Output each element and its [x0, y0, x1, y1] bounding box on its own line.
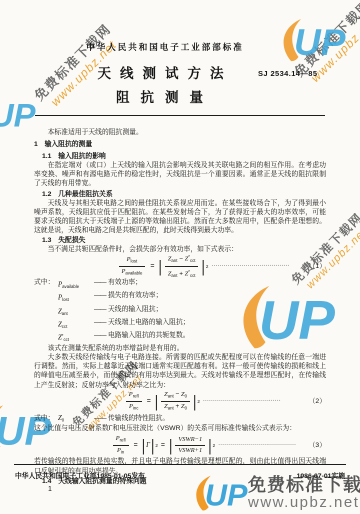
operator: +	[179, 270, 183, 277]
where-row: Z*cct —— 电路输入阻抗的共轭复数。	[34, 331, 326, 344]
subscript: 0	[62, 417, 64, 422]
scope-statement: 本标准适用于天线的阻抗测量。	[34, 128, 326, 137]
abs-bar: |	[155, 396, 158, 407]
symbol-description: 损失的有效功率；	[108, 291, 326, 304]
where-list-1: 式中： Pavailable —— 有效功率； Plost —— 损失的有效功率…	[34, 278, 326, 344]
section-1-heading: 1 输入阻抗的测量	[34, 140, 326, 149]
subscript: 0	[185, 406, 187, 411]
symbol-description: 天线的输入阻抗；	[108, 305, 326, 318]
vswr-paragraph: 这个比值与电压反射系数Γ和电压驻波比（VSWR）的关系可用标准传输线公式表示为：	[34, 424, 326, 433]
symbol-description: 天线端上电路的输入阻抗；	[108, 318, 326, 331]
fraction: VSWR−1 VSWR+1	[175, 436, 205, 454]
subscript: ant	[62, 311, 68, 316]
formula-2: Prefl Pinc = | Zant − Z0 Zant + Z0 |2 ··…	[34, 392, 326, 412]
fraction: Zant − Z0 Zant + Z0	[161, 391, 190, 412]
subscript: 0	[185, 394, 187, 399]
fraction: Zant − Z*cct Zant + Z*cct	[165, 253, 199, 279]
section-1-3-heading: 1.3 失配损失	[42, 236, 326, 245]
exponent: 2	[155, 441, 158, 450]
standard-authority: 中华人民共和国电子工业部部标准	[0, 41, 330, 53]
fraction: Prefl Pin	[113, 435, 129, 456]
exponent: 2	[206, 262, 209, 271]
section-1-1-paragraph: 在指定端对（或口）上天线的输入阻抗会影响天线及其关联电路之间的相互作用。在考虑功…	[34, 161, 326, 188]
subscript: inc	[133, 406, 139, 411]
footer-rule	[14, 464, 346, 465]
dash: ——	[94, 331, 108, 344]
scanned-standard-document: UP 免费标准下载网 www.upbz.net 免费标准下载网 www.upbz…	[0, 0, 360, 514]
equals-sign: =	[147, 397, 151, 406]
subscript: cct	[190, 258, 196, 263]
document-body: 本标准适用于天线的阻抗测量。 1 输入阻抗的测量 1.1 输入阻抗的影响 在指定…	[34, 128, 326, 486]
where-label	[34, 331, 58, 344]
formula-2-expression: Prefl Pinc = | Zant − Z0 Zant + Z0 |2	[124, 391, 200, 412]
abs-bar: |	[158, 261, 161, 272]
subscript: ant	[168, 406, 174, 411]
subscript: ant	[168, 394, 174, 399]
where-row: Zcct —— 天线端上电路的输入阻抗；	[34, 318, 326, 331]
exponent: 2	[213, 441, 216, 450]
subscript: in	[121, 450, 124, 455]
subscript: ant	[171, 273, 177, 278]
equation-number: （3）	[309, 441, 326, 450]
formula-3-expression: Prefl Pin = | Γ |2 = | VSWR−1 VSWR+1 |2	[111, 435, 215, 456]
standard-number: SJ 2534.14—85	[258, 69, 317, 78]
subscript: available	[62, 284, 79, 289]
dot-leader: ·······································	[203, 397, 308, 406]
dash: ——	[94, 318, 108, 331]
operator: +	[176, 403, 180, 410]
watermark-site-url: www.upbz.net	[248, 495, 360, 511]
dash: ——	[94, 414, 108, 425]
subscript: refl	[120, 437, 126, 442]
subscript: ant	[171, 258, 177, 263]
dash: ——	[94, 291, 108, 304]
where-label	[34, 318, 58, 331]
equals-sign: =	[150, 262, 154, 271]
section-1-2-paragraph: 天线及与其相关联电路之间的最佳阻抗关系视应用而定。在某些接收场合下，为了得到最小…	[34, 199, 326, 235]
section-1-1-heading: 1.1 输入阻抗的影响	[42, 152, 326, 161]
operator: −	[176, 391, 180, 398]
where-label	[34, 291, 58, 304]
implementation-date: 1986-07-01实施	[297, 470, 345, 480]
where-label	[34, 305, 58, 318]
gamma-symbol: Γ	[146, 441, 150, 450]
where-label: 式中：	[34, 278, 58, 291]
section-1-2-heading: 1.2 几种最佳阻抗关系	[42, 190, 326, 199]
formula-1: Plost Pavailable = | Zant − Z*cct Zant +…	[34, 256, 326, 276]
vswr-denominator: VSWR+1	[175, 446, 205, 455]
abs-bar: |	[193, 396, 196, 407]
dash: ——	[94, 305, 108, 318]
subscript: lost	[62, 298, 69, 303]
subscript: cct	[62, 324, 68, 329]
subscript: refl	[133, 394, 139, 399]
formula-1-note: 该式在测量失配系统的功率增益时是有用的。	[34, 344, 326, 353]
up-logo-top-right	[276, 14, 346, 66]
header-rule	[35, 115, 325, 116]
abs-bar: |	[151, 440, 154, 451]
page-number: 1	[48, 486, 52, 493]
equation-number: （2）	[309, 397, 326, 406]
symbol-description: 有效功率；	[108, 278, 326, 291]
dot-leader: ·······································	[218, 441, 308, 450]
where-label: 式中：	[34, 414, 58, 425]
document-title-line2: 阻抗测量	[0, 86, 330, 106]
abs-bar: |	[208, 440, 211, 451]
subscript: cct	[190, 273, 196, 278]
exponent: 2	[197, 397, 200, 406]
transmission-line-paragraph: 大多数天线经传输线与电子电路连接。所需要的匹配或失配程度可以在传输线的任意一端进…	[34, 353, 326, 389]
fraction: Prefl Pinc	[126, 391, 142, 412]
operator: −	[179, 256, 183, 263]
dash: ——	[94, 278, 108, 291]
fraction: Plost Pavailable	[119, 256, 146, 277]
formula-1-expression: Plost Pavailable = | Zant − Z*cct Zant +…	[117, 253, 209, 279]
subscript: lost	[131, 258, 138, 263]
formula-3: Prefl Pin = | Γ |2 = | VSWR−1 VSWR+1 |2 …	[34, 435, 326, 455]
equals-sign: =	[161, 441, 165, 450]
vswr-numerator: VSWR−1	[175, 436, 205, 446]
issue-date: 中华人民共和国电子工业部1985-01-05发布	[15, 470, 145, 480]
equation-number: （1）	[309, 262, 326, 271]
where-row: Zant —— 天线的输入阻抗；	[34, 305, 326, 318]
where-row: Plost —— 损失的有效功率；	[34, 291, 326, 304]
abs-bar: |	[169, 440, 172, 451]
equals-sign: =	[134, 441, 138, 450]
dot-leader: ·······································	[211, 262, 307, 271]
subscript: cct	[63, 337, 69, 342]
subscript: available	[125, 270, 142, 275]
where-list-2: 式中： Z0 —— 传输线的特性阻抗。	[34, 414, 326, 425]
where-row: 式中： Pavailable —— 有效功率；	[34, 278, 326, 291]
symbol-description: 传输线的特性阻抗。	[108, 414, 326, 425]
abs-bar: |	[142, 440, 145, 451]
abs-bar: |	[201, 261, 204, 272]
symbol-description: 电路输入阻抗的共轭复数。	[108, 331, 326, 344]
